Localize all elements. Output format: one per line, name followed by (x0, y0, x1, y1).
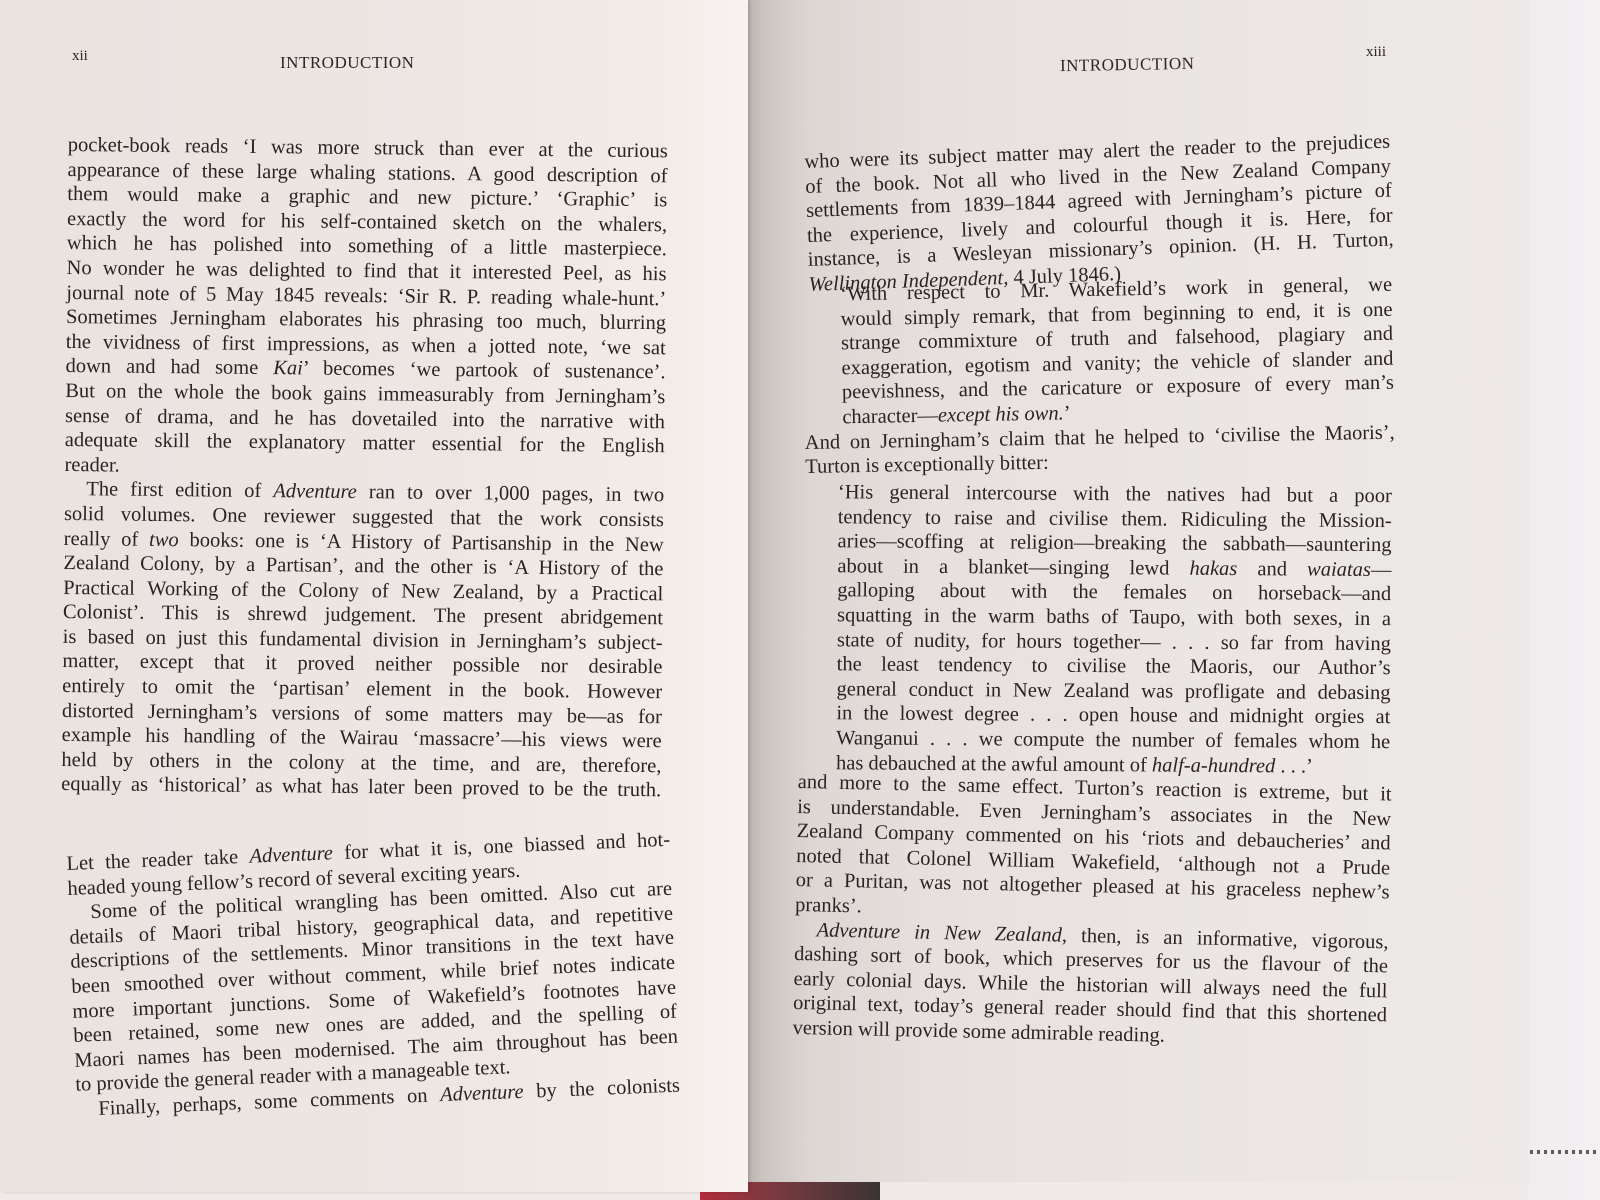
maori-term-italic: hakas (1189, 558, 1237, 580)
text-run: ’ (1064, 402, 1071, 424)
italic-term: Kai (273, 358, 303, 380)
background-surface (1528, 0, 1600, 1200)
italic-emphasis: half-a-hundred (1152, 754, 1276, 777)
right-page: INTRODUCTION xiii who were its subject m… (740, 0, 1530, 1182)
text-run: ’ becomes ‘we partook of sustenance’. (303, 358, 666, 384)
left-body-text-lower: Let the reader take Adventure for what i… (66, 828, 680, 1123)
text-run: really of (64, 527, 150, 550)
text-run: by the colonists (523, 1074, 680, 1102)
quote-line: Wanganui . . . we compute the number of … (798, 726, 1390, 755)
running-head-left: INTRODUCTION (280, 53, 414, 73)
page-number-right: xiii (1366, 44, 1386, 61)
right-quote-block-2: ‘His general intercourse with the native… (798, 480, 1392, 779)
book-title-italic: Adventure (273, 480, 357, 503)
italic-term: two (149, 528, 179, 550)
italic-emphasis: except his own. (938, 402, 1064, 426)
quote-line: ‘His general intercourse with the native… (800, 480, 1392, 509)
right-body-text-end: and more to the same effect. Turton’s re… (792, 770, 1392, 1053)
book-title-italic: Adventure (440, 1081, 524, 1106)
book-spread-photo: xii INTRODUCTION pocket-book reads ‘I wa… (0, 0, 1600, 1200)
quote-line: aries—scoffing at religion—breaking the … (799, 529, 1391, 558)
maori-term-italic: waiatas (1307, 558, 1371, 580)
text-run: . . .’ (1275, 755, 1313, 777)
text-run: about in a blanket—singing lewd (837, 555, 1189, 579)
background-edge-detail (1530, 1150, 1600, 1154)
text-run: ran to over 1,000 pages, in two (357, 481, 665, 506)
text-run: and (1237, 558, 1307, 580)
right-body-text-upper: who were its subject matter may alert th… (804, 130, 1395, 298)
text-run: down and had some (65, 355, 273, 379)
quote-line: the least tendency to civilise the Maori… (799, 652, 1391, 681)
text-run: — (1371, 559, 1392, 581)
text-run: books: one is ‘A History of Partisanship… (179, 529, 664, 556)
text-run: The first edition of (86, 479, 273, 503)
text-run: character— (842, 405, 938, 429)
running-head-right: INTRODUCTION (1060, 54, 1195, 76)
right-quote-block-1: ‘With respect to Mr. Wakefield’s work in… (802, 273, 1395, 480)
left-page: xii INTRODUCTION pocket-book reads ‘I wa… (0, 0, 748, 1192)
left-body-text: pocket-book reads ‘I was more struck tha… (61, 133, 668, 803)
quote-line: squatting in the warm baths of Taupo, wi… (799, 603, 1391, 632)
page-number-left: xii (72, 48, 88, 65)
text-line: equally as ‘historical’ as what has late… (61, 772, 661, 803)
book-title-italic: Adventure in New Zealand (816, 919, 1062, 946)
book-title-italic: Adventure (249, 842, 333, 867)
